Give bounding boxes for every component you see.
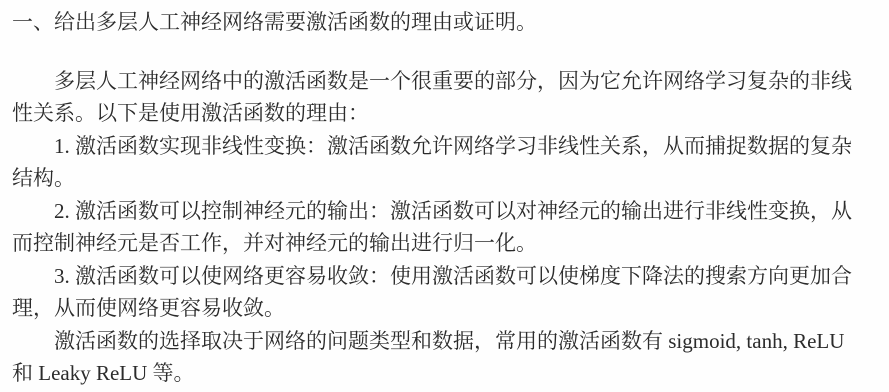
document-body: 多层人工神经网络中的激活函数是一个很重要的部分，因为它允许网络学习复杂的非线性关… [12,65,877,390]
document-page: 一、给出多层人工神经网络需要激活函数的理由或证明。 多层人工神经网络中的激活函数… [0,0,889,392]
text-line: 1. 激活函数实现非线性变换：激活函数允许网络学习非线性关系，从而捕捉数据的复杂 [12,130,877,163]
text-line: 激活函数的选择取决于网络的问题类型和数据，常用的激活函数有 sigmoid, t… [12,325,877,358]
text-line: 理，从而使网络更容易收敛。 [12,292,877,325]
question-title: 一、给出多层人工神经网络需要激活函数的理由或证明。 [12,6,877,39]
text-line: 2. 激活函数可以控制神经元的输出：激活函数可以对神经元的输出进行非线性变换，从 [12,195,877,228]
text-line: 3. 激活函数可以使网络更容易收敛：使用激活函数可以使梯度下降法的搜索方向更加合 [12,260,877,293]
text-line: 性关系。以下是使用激活函数的理由： [12,97,877,130]
text-line: 和 Leaky ReLU 等。 [12,357,877,390]
text-line: 结构。 [12,162,877,195]
text-line: 而控制神经元是否工作，并对神经元的输出进行归一化。 [12,227,877,260]
title-gap [12,39,877,65]
text-line: 多层人工神经网络中的激活函数是一个很重要的部分，因为它允许网络学习复杂的非线 [12,65,877,98]
